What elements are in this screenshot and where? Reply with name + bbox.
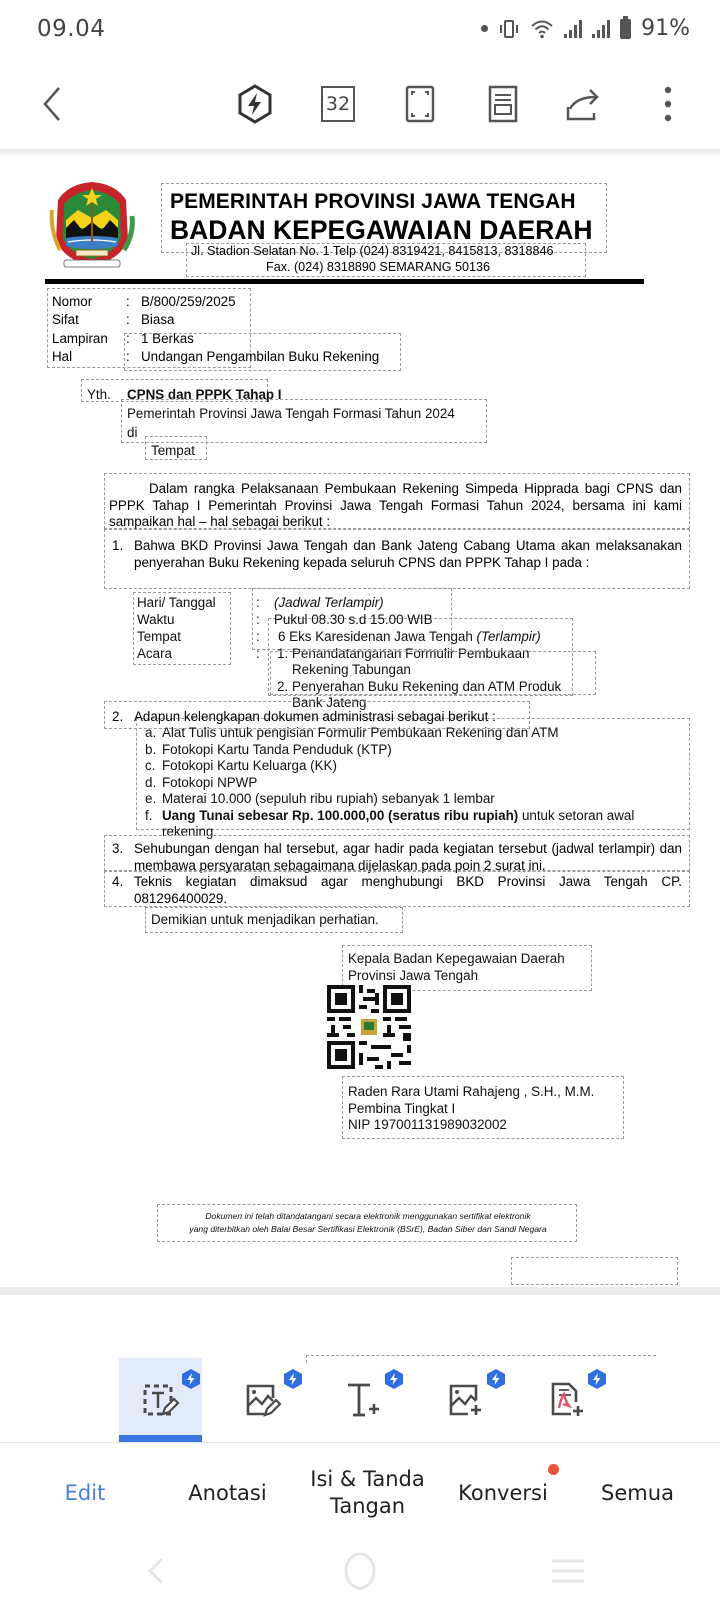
notification-dot-icon: [481, 25, 488, 32]
signal-icon: [564, 20, 582, 38]
item-letter: d.: [145, 775, 156, 792]
vibrate-icon: [498, 18, 520, 40]
meta-label-nomor: Nomor: [52, 294, 92, 309]
requirement-item: Materai 10.000 (sepuluh ribu rupiah) seb…: [162, 791, 495, 808]
status-icons: 91%: [481, 16, 690, 41]
e-signature-note-line1: Dokumen ini telah ditandatangani secara …: [158, 1210, 578, 1223]
tool-add-signature[interactable]: [525, 1358, 608, 1442]
colon: :: [126, 331, 130, 346]
jawa-tengah-emblem-icon: [48, 180, 136, 272]
point-3: 3. Sehubungan dengan hal tersebut, agar …: [112, 841, 682, 875]
nav-recents-icon: [550, 1553, 586, 1589]
closing-text: Demikian untuk menjadikan perhatian.: [151, 912, 379, 929]
nav-back-button[interactable]: [134, 1551, 178, 1591]
item-letter: c.: [145, 758, 155, 775]
place-text: 6 Eks Karesidenan Jawa Tengah: [278, 629, 473, 644]
point-number: 1.: [112, 538, 123, 555]
tab-semua[interactable]: Semua: [585, 1443, 690, 1543]
recipient-name: CPNS dan PPPK Tahap I: [127, 387, 282, 404]
agenda-item-1-cont: Rekening Tabungan: [292, 662, 411, 679]
e-signature-note-line2: yang diterbitkan oleh Balai Besar Sertif…: [158, 1223, 578, 1236]
tab-konversi[interactable]: Konversi: [448, 1443, 558, 1543]
colon: :: [126, 294, 130, 309]
point-text: Sehubungan dengan hal tersebut, agar had…: [134, 841, 682, 874]
place-note: (Terlampir): [477, 629, 541, 644]
document-page[interactable]: PEMERINTAH PROVINSI JAWA TENGAH BADAN KE…: [0, 155, 720, 1287]
bottom-tabs: Edit Anotasi Isi & TandaTangan Konversi …: [0, 1443, 720, 1543]
signatory-rank: Pembina Tingkat I: [348, 1101, 455, 1118]
add-image-icon: [446, 1380, 486, 1420]
qr-code-icon[interactable]: [327, 985, 411, 1069]
tab-label-line1: Isi & Tanda: [310, 1466, 424, 1493]
colon: :: [256, 612, 260, 629]
tab-isi-tanda-tangan[interactable]: Isi & TandaTangan: [305, 1443, 430, 1543]
signatory-title: Kepala Badan Kepegawaian Daerah: [348, 951, 565, 968]
back-button[interactable]: [30, 82, 74, 126]
requirement-item-cont: rekening: [162, 824, 213, 841]
agenda-number: 1.: [277, 646, 288, 663]
add-text-icon: [344, 1380, 384, 1420]
requirement-item: Uang Tunai sebesar Rp. 100.000,00 (serat…: [162, 808, 634, 825]
requirement-bold: Uang Tunai sebesar Rp. 100.000,00 (serat…: [162, 808, 518, 823]
signatory-nip: NIP 197001131989032002: [348, 1117, 507, 1134]
battery-percent: 91%: [641, 16, 690, 41]
meta-label-hal: Hal: [52, 349, 72, 364]
recipient-line2: Pemerintah Provinsi Jawa Tengah Formasi …: [127, 406, 455, 423]
more-vertical-icon: [663, 85, 673, 123]
share-icon: [564, 85, 604, 123]
letterhead-agency: BADAN KEPEGAWAIAN DAERAH: [170, 215, 593, 246]
tab-isi-label: Isi & TandaTangan: [310, 1466, 424, 1520]
agenda-number: 2.: [277, 679, 288, 696]
notification-dot: [548, 1464, 559, 1475]
recipient-prefix: Yth.: [87, 387, 111, 404]
nav-recents-button[interactable]: [546, 1551, 590, 1591]
text-box-outline: [511, 1257, 678, 1285]
item-letter: f.: [145, 808, 152, 825]
point-text: Adapun kelengkapan dokumen administrasi …: [134, 709, 496, 726]
item-letter: e.: [145, 791, 156, 808]
intro-text: Dalam rangka Pelaksanaan Pembukaan Reken…: [109, 481, 682, 529]
ai-bolt-icon: [586, 1368, 608, 1390]
point-number: 4.: [112, 874, 123, 891]
point-number: 3.: [112, 841, 123, 858]
page-count-button[interactable]: 32: [316, 82, 360, 126]
requirement-item: Fotokopi NPWP: [162, 775, 257, 792]
page-gap: [0, 1287, 720, 1295]
intro-paragraph: Dalam rangka Pelaksanaan Pembukaan Reken…: [109, 481, 682, 531]
meta-value-nomor: B/800/259/2025: [141, 294, 236, 309]
meta-label-sifat: Sifat: [52, 312, 79, 327]
meta-value-hal: Undangan Pengambilan Buku Rekening: [141, 349, 379, 364]
tab-label-line2: Tangan: [310, 1493, 424, 1520]
top-toolbar: 32: [0, 70, 720, 136]
tab-edit[interactable]: Edit: [45, 1443, 125, 1543]
point-text: Bahwa BKD Provinsi Jawa Tengah dan Bank …: [134, 538, 682, 571]
schedule-label-date: Hari/ Tanggal: [137, 595, 216, 612]
signatory-name: Raden Rara Utami Rahajeng , S.H., M.M.: [348, 1084, 594, 1101]
reading-mode-button[interactable]: [481, 82, 525, 126]
ai-bolt-icon: [237, 84, 273, 124]
add-signature-doc-icon: [547, 1380, 587, 1420]
signatory-province: Provinsi Jawa Tengah: [348, 968, 478, 985]
point-1: 1. Bahwa BKD Provinsi Jawa Tengah dan Ba…: [112, 538, 682, 588]
active-tool-indicator: [119, 1435, 202, 1442]
nav-home-icon: [342, 1551, 378, 1591]
agenda-item-1: Penandatanganan Formulir Pembukaan: [292, 646, 529, 663]
letterhead-rule: [45, 279, 644, 284]
page-count: 32: [321, 86, 355, 122]
edit-tools-row: [0, 1358, 720, 1442]
signal-icon: [592, 20, 610, 38]
letterhead-government: PEMERINTAH PROVINSI JAWA TENGAH: [170, 190, 576, 214]
requirement-item: Fotokopi Kartu Tanda Penduduk (KTP): [162, 742, 392, 759]
point-number: 2.: [112, 709, 123, 726]
tool-add-text[interactable]: [322, 1358, 405, 1442]
system-nav-bar: [0, 1543, 720, 1600]
tab-anotasi[interactable]: Anotasi: [170, 1443, 285, 1543]
status-time: 09.04: [37, 16, 105, 42]
schedule-label-event: Acara: [137, 646, 172, 663]
requirement-item: Alat Tulis untuk pengisian Formulir Pemb…: [162, 725, 558, 742]
wifi-icon: [530, 18, 554, 40]
colon: :: [126, 312, 130, 327]
schedule-label-place: Tempat: [137, 629, 181, 646]
colon: :: [256, 595, 260, 612]
requirement-item: Fotokopi Kartu Keluarga (KK): [162, 758, 337, 775]
ai-bolt-icon: [180, 1368, 202, 1390]
chevron-left-icon: [39, 84, 65, 124]
recipient-place: Tempat: [151, 443, 195, 460]
recipient-line3: di: [127, 425, 137, 442]
reading-mode-icon: [488, 85, 518, 123]
colon: :: [256, 646, 260, 663]
letterhead-fax: Fax. (024) 8318890 SEMARANG 50136: [266, 260, 490, 274]
fit-screen-icon: [405, 85, 435, 123]
point-4: 4. Teknis kegiatan dimaksud agar menghub…: [112, 874, 682, 908]
ai-bolt-icon: [485, 1368, 507, 1390]
share-button[interactable]: [562, 82, 606, 126]
more-options-button[interactable]: [646, 82, 690, 126]
item-letter: a.: [145, 725, 156, 742]
colon: :: [126, 349, 130, 364]
item-letter: b.: [145, 742, 156, 759]
edit-text-icon: [141, 1380, 181, 1420]
meta-value-sifat: Biasa: [141, 312, 175, 327]
battery-icon: [620, 19, 631, 39]
schedule-label-time: Waktu: [137, 612, 174, 629]
meta-label-lampiran: Lampiran: [52, 331, 108, 346]
meta-value-lampiran: 1 Berkas: [141, 331, 194, 346]
fit-screen-button[interactable]: [398, 82, 442, 126]
tool-add-image[interactable]: [424, 1358, 507, 1442]
letterhead-address: Jl. Stadion Selatan No. 1 Telp (024) 831…: [191, 244, 553, 258]
schedule-value-place: 6 Eks Karesidenan Jawa Tengah (Terlampir…: [278, 629, 541, 646]
tool-edit-text[interactable]: [119, 1358, 202, 1442]
colon: :: [256, 629, 260, 646]
agenda-item-2: Penyerahan Buku Rekening dan ATM Produk: [292, 679, 561, 696]
requirement-text: untuk setoran awal: [518, 808, 634, 823]
schedule-value-time: Pukul 08.30 s.d 15.00 WIB: [274, 612, 433, 629]
ai-bolt-icon: [383, 1368, 405, 1390]
schedule-value-date: (Jadwal Terlampir): [274, 595, 384, 612]
ai-bolt-icon: [282, 1368, 304, 1390]
nav-home-button[interactable]: [338, 1551, 382, 1591]
nav-back-icon: [144, 1553, 168, 1589]
ai-assistant-button[interactable]: [233, 82, 277, 126]
edit-image-icon: [243, 1380, 283, 1420]
e-signature-note: Dokumen ini telah ditandatangani secara …: [158, 1210, 578, 1235]
point-text: Teknis kegiatan dimaksud agar menghubung…: [134, 874, 682, 907]
tool-edit-image[interactable]: [221, 1358, 304, 1442]
status-bar: 09.04 91%: [0, 0, 720, 60]
